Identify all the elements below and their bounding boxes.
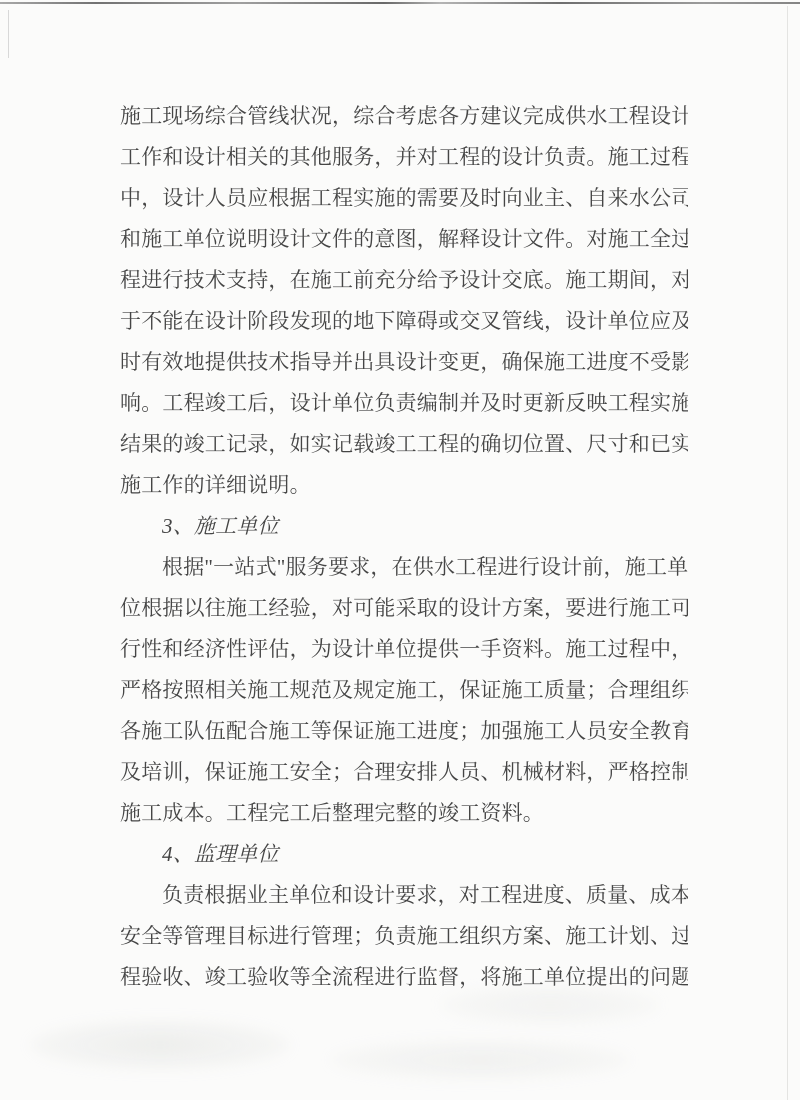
text-line: 根据"一站式"服务要求，在供水工程进行设计前，施工单 [120, 547, 688, 588]
text-line: 及培训，保证施工安全；合理安排人员、机械材料，严格控制 [120, 752, 688, 793]
scan-left-edge-artifact [8, 10, 9, 58]
text-line: 施工现场综合管线状况，综合考虑各方建议完成供水工程设计 [120, 96, 688, 137]
text-line: 结果的竣工记录，如实记载竣工工程的确切位置、尺寸和已实 [120, 424, 688, 465]
text-line: 响。工程竣工后，设计单位负责编制并及时更新反映工程实施 [120, 383, 688, 424]
document-body: 施工现场综合管线状况，综合考虑各方建议完成供水工程设计 工作和设计相关的其他服务… [120, 96, 688, 998]
text-line: 位根据以往施工经验，对可能采取的设计方案，要进行施工可 [120, 588, 688, 629]
text-line: 各施工队伍配合施工等保证施工进度；加强施工人员安全教育 [120, 711, 688, 752]
scan-top-edge-artifact [0, 2, 800, 4]
text-line: 施工作的详细说明。 [120, 465, 688, 506]
section-heading-supervision-unit: 4、监理单位 [120, 834, 688, 875]
text-line: 工作和设计相关的其他服务，并对工程的设计负责。施工过程 [120, 137, 688, 178]
text-line: 严格按照相关施工规范及规定施工，保证施工质量；合理组织 [120, 670, 688, 711]
text-line: 于不能在设计阶段发现的地下障碍或交叉管线，设计单位应及 [120, 301, 688, 342]
scan-smudge-artifact [440, 985, 660, 1025]
paper-right-edge [787, 6, 788, 1100]
section-heading-construction-unit: 3、施工单位 [120, 506, 688, 547]
text-line: 时有效地提供技术指导并出具设计变更，确保施工进度不受影 [120, 342, 688, 383]
scan-smudge-artifact [30, 1020, 290, 1070]
text-line: 中，设计人员应根据工程实施的需要及时向业主、自来水公司 [120, 178, 688, 219]
text-line: 施工成本。工程完工后整理完整的竣工资料。 [120, 793, 688, 834]
text-line: 和施工单位说明设计文件的意图，解释设计文件。对施工全过 [120, 219, 688, 260]
scanned-page: 施工现场综合管线状况，综合考虑各方建议完成供水工程设计 工作和设计相关的其他服务… [0, 0, 800, 1100]
text-line: 安全等管理目标进行管理；负责施工组织方案、施工计划、过 [120, 916, 688, 957]
text-line: 程进行技术支持，在施工前充分给予设计交底。施工期间，对 [120, 260, 688, 301]
text-line: 负责根据业主单位和设计要求，对工程进度、质量、成本、 [120, 875, 688, 916]
scan-smudge-artifact [330, 1040, 630, 1080]
text-line: 行性和经济性评估，为设计单位提供一手资料。施工过程中， [120, 629, 688, 670]
